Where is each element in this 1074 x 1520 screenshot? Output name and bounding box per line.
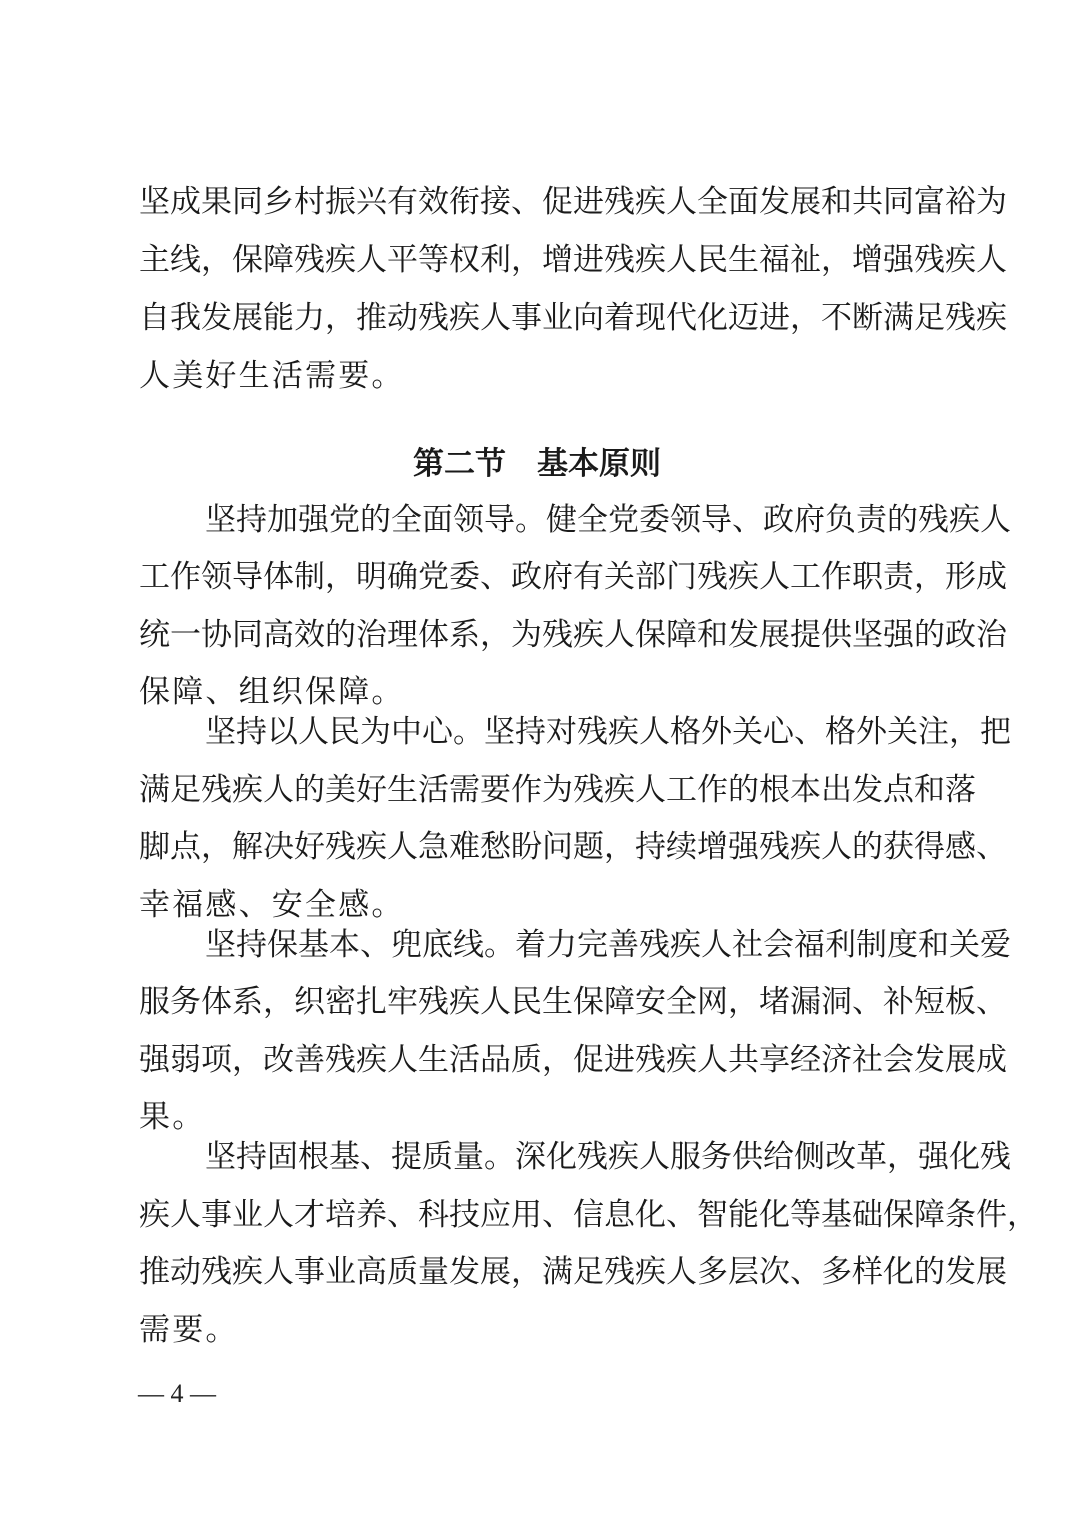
text-line: 坚持保基本、兜底线。着力完善残疾人社会福利制度和关爱: [205, 925, 937, 965]
text-line: 疾人事业人才培养、科技应用、信息化、智能化等基础保障条件，: [139, 1195, 937, 1235]
text-line: 坚持固根基、提质量。深化残疾人服务供给侧改革，强化残: [205, 1137, 937, 1177]
text-line: 幸福感、安全感。: [139, 885, 937, 925]
text-line: 强弱项，改善残疾人生活品质，促进残疾人共享经济社会发展成: [139, 1040, 937, 1080]
section-heading: 第二节 基本原则: [0, 444, 1074, 484]
text-line: 统一协同高效的治理体系，为残疾人保障和发展提供坚强的政治: [139, 615, 937, 655]
text-line: 满足残疾人的美好生活需要作为残疾人工作的根本出发点和落: [139, 770, 937, 810]
text-line: 服务体系，织密扎牢残疾人民生保障安全网，堵漏洞、补短板、: [139, 982, 937, 1022]
text-line: 保障、组织保障。: [139, 672, 937, 712]
text-line: 坚持加强党的全面领导。健全党委领导、政府负责的残疾人: [205, 500, 937, 540]
text-line: 果。: [139, 1097, 937, 1137]
text-line: 自我发展能力，推动残疾人事业向着现代化迈进，不断满足残疾: [139, 298, 937, 338]
document-page: 坚成果同乡村振兴有效衔接、促进残疾人全面发展和共同富裕为 主线，保障残疾人平等权…: [0, 0, 1074, 1520]
page-number: — 4 —: [138, 1379, 216, 1409]
text-line: 主线，保障残疾人平等权利，增进残疾人民生福祉，增强残疾人: [139, 240, 937, 280]
text-line: 推动残疾人事业高质量发展，满足残疾人多层次、多样化的发展: [139, 1252, 937, 1292]
text-line: 人美好生活需要。: [139, 356, 937, 396]
text-line: 坚成果同乡村振兴有效衔接、促进残疾人全面发展和共同富裕为: [139, 182, 937, 222]
text-line: 坚持以人民为中心。坚持对残疾人格外关心、格外关注，把: [205, 712, 937, 752]
text-line: 需要。: [139, 1310, 937, 1350]
text-line: 脚点，解决好残疾人急难愁盼问题，持续增强残疾人的获得感、: [139, 827, 937, 867]
text-line: 工作领导体制，明确党委、政府有关部门残疾人工作职责，形成: [139, 557, 937, 597]
